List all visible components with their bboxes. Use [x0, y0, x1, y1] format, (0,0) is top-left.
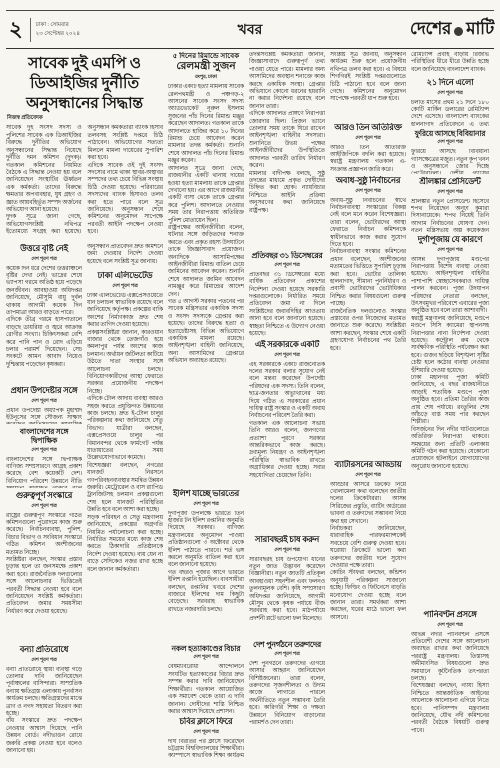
body: কয়েক দিন ধরে দেশের উত্তরাঞ্চলে বৃষ্টির … — [6, 266, 82, 370]
story-chobi-class: চবির ক্লাসে ফিরে দেশ পূরণ পত্র দীর্ঘ বির… — [168, 717, 244, 761]
headline: আরও তিন অতিরিক্ত — [330, 123, 406, 134]
story-remittance-21-days: ২১ দিনে এলো দেশ পূরণ পত্র চলতি মাসের প্র… — [411, 78, 489, 126]
column-6: রেমিট্যান্স প্রবাহ বাড়ায় রিজার্ভ পরিস্… — [411, 52, 489, 764]
headline: পানিবণ্টন প্রসঙ্গে — [411, 610, 489, 621]
story-ilish-export: ইলিশ যাচ্ছে ভারতের দেশ পূরণ পত্র দুর্গাপ… — [168, 489, 244, 641]
byline: দেশ পূরণ পত্র — [168, 501, 244, 509]
story-lead-continuation: অনুসন্ধান প্রতিবেদন দ্রুত কমিশনে জমা দেও… — [87, 244, 163, 268]
headline: দুর্গাপূজায় যে কারণে — [411, 235, 489, 246]
headline: সারাবছরই চাষ করুন — [249, 535, 325, 546]
byline: দেশ পূরণ পত্র — [249, 651, 325, 659]
byline: দেশ পূরণ পত্র — [249, 262, 325, 270]
byline: দেশ পূরণ পত্র — [330, 472, 406, 480]
byline: দেশ পূরণ পত্র — [6, 447, 82, 455]
story-sujan-remand: ৫ দিনের রিমান্ডে সাবেক রেলমন্ত্রী সুজন র… — [168, 52, 244, 486]
body: আরও তিন অতিরিক্ত আইজিপিকে বদলি করা হয়েছ… — [330, 145, 406, 174]
body: অভিন্ন নদীর পানিবণ্টন প্রসঙ্গে প্রতিবেশী… — [411, 632, 489, 736]
byline: দেশ পূরণ পত্র — [249, 547, 325, 555]
body: প্রধান উপদেষ্টা অধ্যাপক মুহাম্মদ ইউনূসের… — [6, 408, 82, 425]
newspaper-page: ২ ঢাকা : সোমবার ২৩ সেপ্টেম্বর ২০২৪ খবর দ… — [0, 0, 500, 768]
story-aro-tin: আরও তিন অতিরিক্ত দেশ পূরণ পত্র আরও তিন অ… — [330, 123, 406, 173]
story-lead: সাবেক দুই এমপি ও ডিআইজির দুর্নীতি অনুসন্… — [6, 54, 163, 242]
byline: দেশ পূরণ পত্র — [411, 139, 489, 147]
body: বন্যা প্রতিরোধে স্থায়ী ব্যবস্থা গড়ে তো… — [6, 667, 82, 756]
story-batter-adda: ব্যাটারসনের আড্ডায় দেশ পূরণ পত্র আড্ডার… — [330, 460, 406, 758]
body: তদন্তসংশ্লিষ্ট কর্মকর্তারা জানান, জিজ্ঞা… — [249, 52, 325, 215]
body: বৈষম্যবিরোধী আন্দোলনে সংঘটিত হত্যাকাণ্ডে… — [168, 664, 244, 714]
column-2: অনুসন্ধান প্রতিবেদন দ্রুত কমিশনে জমা দেও… — [87, 244, 163, 764]
story-sanskar: গুরুত্বপূর্ণ সংস্কারে দেশ পূরণ পত্র রাষ্… — [6, 491, 82, 642]
body: আড্ডার আসরে ক্রিকেট নিয়ে খোলামেলা কথা ব… — [330, 482, 406, 623]
body: দুর্গাপূজা উপলক্ষে ভারতে তিন হাজার টন ইল… — [168, 511, 244, 615]
story-continuation: রেমিট্যান্স প্রবাহ বাড়ায় রিজার্ভ পরিস্… — [411, 52, 489, 75]
body: শ্রীলঙ্কার নতুন প্রেসিডেন্ট হিসেবে শপথ ন… — [411, 199, 489, 233]
story-nokol-bichar: নকল হত্যাকাণ্ডের বিচার দেশ পূরণ পত্র বৈষ… — [168, 644, 244, 714]
byline: দেশ পূরণ পত্র — [411, 90, 489, 98]
story-continuation: সংশ্লিষ্ট সূত্র জানায়, অনুসন্ধান কার্যক… — [330, 52, 406, 120]
byline: দেশ পূরণ পত্র — [6, 256, 82, 264]
body: অনুসন্ধান প্রতিবেদন দ্রুত কমিশনে জমা দেও… — [87, 244, 163, 266]
story-sujan-continuation: তদন্তসংশ্লিষ্ট কর্মকর্তারা জানান, জিজ্ঞা… — [249, 52, 325, 248]
byline: দেশ পূরণ পত্র — [6, 503, 82, 511]
lead-headline: সাবেক দুই এমপি ও ডিআইজির দুর্নীতি অনুসন্… — [6, 54, 163, 113]
byline: দেশ পূরণ পত্র — [168, 654, 244, 662]
headline: গুরুত্বপূর্ণ সংস্কারে — [6, 491, 82, 502]
byline: দেশ পূরণ পত্র — [6, 657, 82, 665]
story-bonna: বন্যা প্রতিরোধে দেশ পূরণ পত্র বন্যা প্রত… — [6, 645, 82, 761]
byline: দেশ পূরণ পত্র — [87, 283, 163, 291]
body: আসন্ন দুর্গাপূজায় মণ্ডপের নিরাপত্তায় ব… — [411, 257, 489, 472]
headline: প্রতিবছর ৩১ ডিসেম্বরের — [249, 251, 325, 261]
headline: শ্রীলঙ্কার প্রেসিডেন্ট — [411, 177, 489, 188]
column-3: ৫ দিনের রিমান্ডে সাবেক রেলমন্ত্রী সুজন র… — [168, 52, 244, 764]
story-punorgothon: দেশ পুনর্গঠনে তরুণদের দেশ পূরণ পত্র দেশ … — [249, 640, 325, 757]
story-durgapuja: দুর্গাপূজায় যে কারণে দেশ পূরণ পত্র আসন্… — [411, 235, 489, 607]
byline: দেশ পূরণ পত্র — [411, 622, 489, 630]
body: ফুরিয়ে আসছে বিবিয়ানা গ্যাসক্ষেত্রের মজ… — [411, 149, 489, 174]
headline-kicker: ৫ দিনের রিমান্ডে সাবেক — [168, 52, 244, 61]
lead-body: সাবেক দুই সংসদ সদস্য ও পুলিশের সাবেক এক … — [6, 125, 163, 242]
byline: রংপুর, ঢাকা — [168, 74, 244, 82]
byline: দেশ পূরণ পত্র — [411, 189, 489, 197]
body: দেশ পুনর্গঠনে তরুণদের এগিয়ে আসার আহ্বান… — [249, 661, 325, 728]
byline: দেশ পূরণ পত্র — [168, 729, 244, 737]
byline: দেশ পূরণ পত্র — [249, 352, 325, 360]
headline: রেলমন্ত্রী সুজন — [168, 61, 244, 74]
headline: ২১ দিনে এলো — [411, 78, 489, 89]
headline: চবির ক্লাসে ফিরে — [168, 717, 244, 728]
headline: উত্তরে বৃষ্টি নেই — [6, 244, 82, 255]
lead-byline: নিজস্ব প্রতিবেদক — [7, 115, 163, 123]
story-prodhan-upodeshta: প্রধান উপদেষ্টার সঙ্গে দেশ পূরণ পত্র প্র… — [6, 386, 82, 424]
body: সারাবছরই চাষ উপযোগী ধানের নতুন জাত উদ্ভা… — [249, 557, 325, 624]
headline: ব্যাটারসনের আড্ডায় — [330, 460, 406, 471]
headline: এই সরকারকে একটি — [249, 340, 325, 351]
story-uttor-brishti: উত্তরে বৃষ্টি নেই দেশ পূরণ পত্র কয়েক দি… — [6, 244, 82, 383]
story-dhaka-elevated: ঢাকা এলিভেটেড দেশ পূরণ পত্র ঢাকা এলিভেটে… — [87, 271, 163, 761]
headline: ঢাকা এলিভেটেড — [87, 271, 163, 282]
byline: দেশ পূরণ পত্র — [330, 188, 406, 196]
story-panibonton: পানিবণ্টন প্রসঙ্গে দেশ পূরণ পত্র অভিন্ন … — [411, 610, 489, 760]
body: চলতি মাসের প্রথম ২১ দিনে ১৮০ কোটি মার্কি… — [411, 100, 489, 127]
section-title: খবর — [6, 18, 494, 42]
story-srilanka-president: শ্রীলঙ্কার প্রেসিডেন্ট দেশ পূরণ পত্র শ্র… — [411, 177, 489, 232]
body: ঢাকার একটি হত্যা মামলায় সাবেক রেলপথমন্ত… — [168, 84, 244, 365]
headline: প্রধান উপদেষ্টার সঙ্গে — [6, 386, 82, 397]
story-bibiyana-gas: ফুরিয়ে আসছে বিবিয়ানার দেশ পূরণ পত্র ফু… — [411, 129, 489, 174]
headline: নকল হত্যাকাণ্ডের বিচার — [168, 644, 244, 653]
byline: দেশ পূরণ পত্র — [411, 247, 489, 255]
body: ঢাকা এলিভেটেড এক্সপ্রেসওয়েতে যান চলাচল … — [87, 293, 163, 574]
body: অবাধ-সুষ্ঠু নির্বাচনের স্বার্থে নির্বাচন… — [330, 198, 406, 354]
headline: বন্যা প্রতিরোধে — [6, 645, 82, 656]
story-ei-sorkarke: এই সরকারকে একটি দেশ পূরণ পত্র এই সরকারকে… — [249, 340, 325, 532]
body: দীর্ঘ বিরতির পর ক্লাসে ফিরেছেন চট্টগ্রাম… — [168, 739, 244, 762]
story-nirbachon: অবাধ-সুষ্ঠু নির্বাচনের দেশ পূরণ পত্র অবা… — [330, 176, 406, 457]
page-header: ২ ঢাকা : সোমবার ২৩ সেপ্টেম্বর ২০২৪ খবর দ… — [6, 13, 494, 46]
header-bottom-rule — [6, 48, 494, 49]
body: সংশ্লিষ্ট সূত্র জানায়, অনুসন্ধান কার্যক… — [330, 52, 406, 104]
column-5: সংশ্লিষ্ট সূত্র জানায়, অনুসন্ধান কার্যক… — [330, 52, 406, 764]
byline: দেশ পূরণ পত্র — [6, 398, 82, 406]
story-dipakkhik: বাংলাদেশের সঙ্গে দ্বিপাক্ষিক দেশ পূরণ পত… — [6, 427, 82, 488]
headline: অবাধ-সুষ্ঠু নির্বাচনের — [330, 176, 406, 187]
body: বাংলাদেশের সঙ্গে দ্বিপাক্ষিক বাণিজ্য সম্… — [6, 457, 82, 489]
story-sarabochor-chash: সারাবছরই চাষ করুন দেশ পূরণ পত্র সারাবছরই… — [249, 535, 325, 637]
column-1: উত্তরে বৃষ্টি নেই দেশ পূরণ পত্র কয়েক দি… — [6, 244, 82, 764]
headline: দেশ পুনর্গঠনে তরুণদের — [249, 640, 325, 650]
story-december31: প্রতিবছর ৩১ ডিসেম্বরের দেশ পূরণ পত্র প্র… — [249, 251, 325, 337]
headline: ইলিশ যাচ্ছে ভারতের — [168, 489, 244, 500]
column-4: তদন্তসংশ্লিষ্ট কর্মকর্তারা জানান, জিজ্ঞা… — [249, 52, 325, 764]
byline: দেশ পূরণ পত্র — [330, 135, 406, 143]
top-rule — [6, 10, 494, 11]
headline: বাংলাদেশের সঙ্গে দ্বিপাক্ষিক — [6, 427, 82, 446]
headline: ফুরিয়ে আসছে বিবিয়ানার — [411, 129, 489, 138]
body: এই সরকারকে একটি রাজনৈতিক দলের সরকার বলার… — [249, 362, 325, 481]
body: রেমিট্যান্স প্রবাহ বাড়ায় রিজার্ভ পরিস্… — [411, 52, 489, 74]
body: প্রতিবছর ৩১ ডিসেম্বরের মধ্যে বার্ষিক প্র… — [249, 272, 325, 337]
body: রাষ্ট্রের গুরুত্বপূর্ণ সংস্কারে গঠিত কমি… — [6, 513, 82, 617]
